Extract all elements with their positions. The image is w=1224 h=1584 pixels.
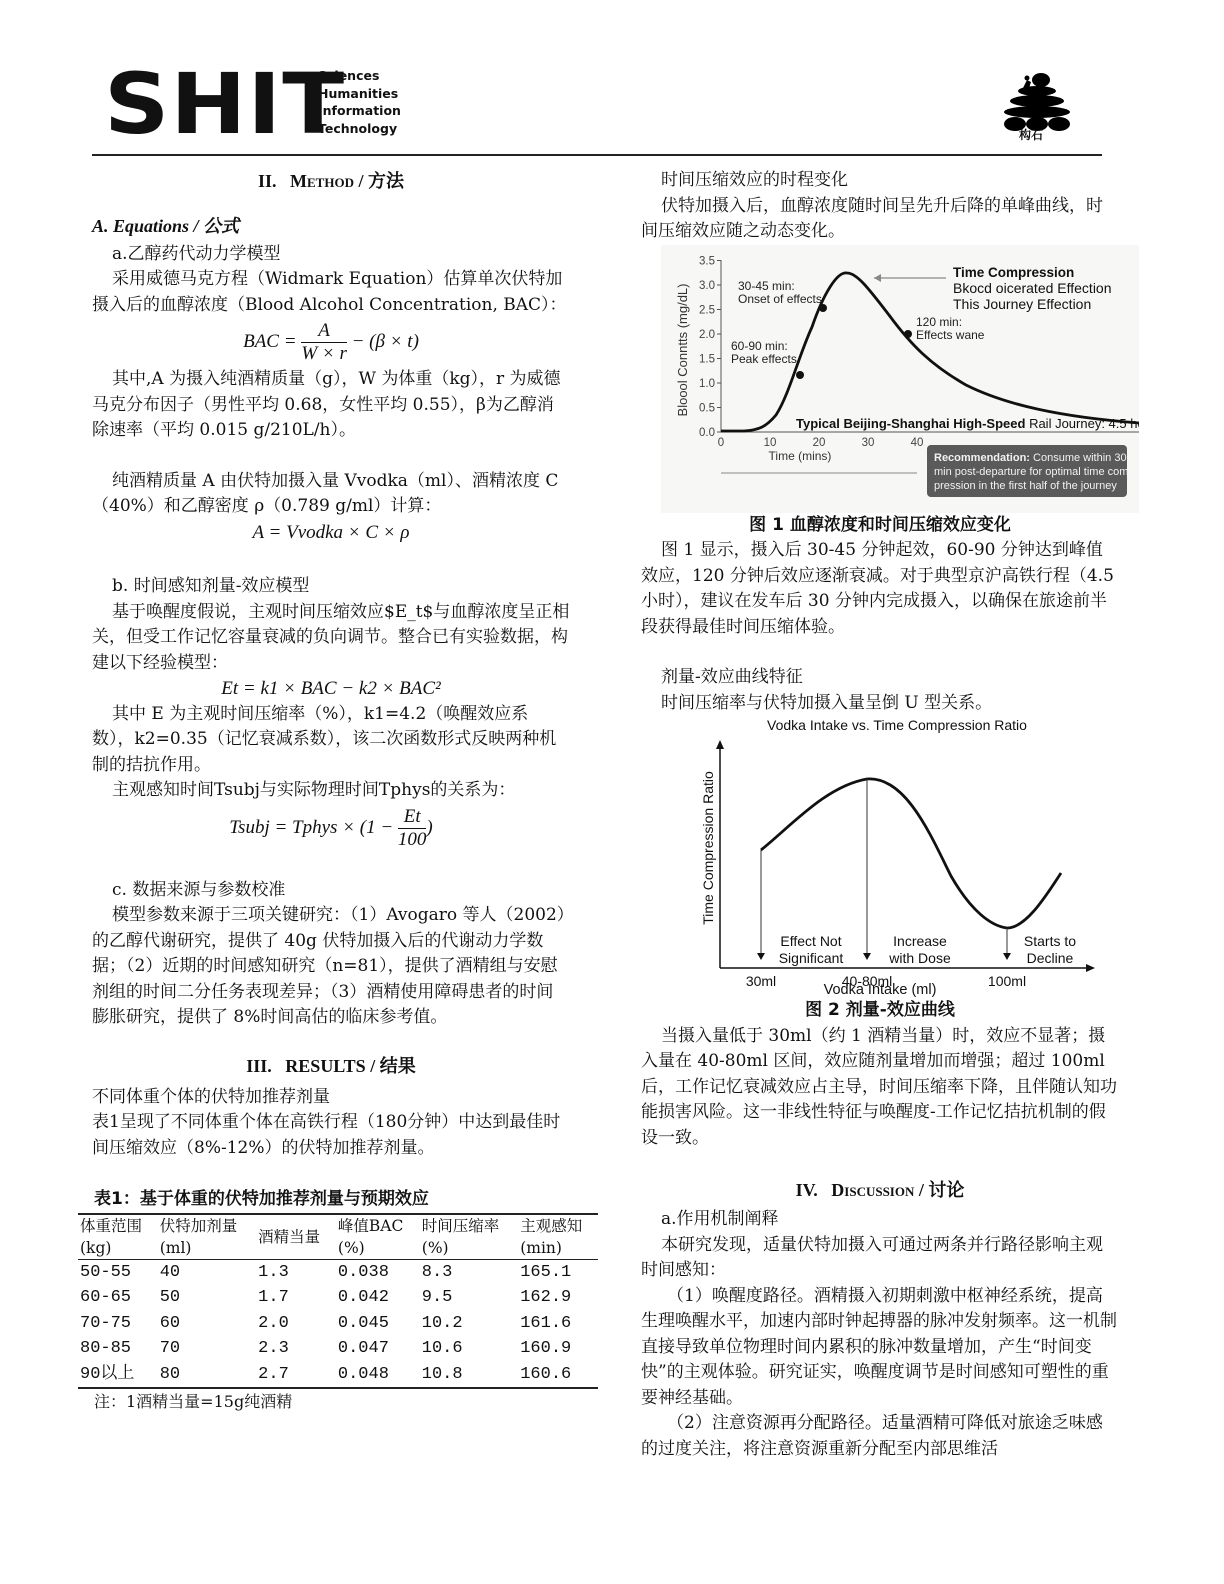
svg-text:pression in the first half of: pression in the first half of the journe… xyxy=(934,480,1117,492)
paragraph: 时间压缩率与伏特加摄入量呈倒 U 型关系。 xyxy=(641,691,1119,717)
table-header: 峰值BAC(%) xyxy=(336,1214,420,1260)
equation-time-compression: Et = k1 × BAC − k2 × BAC² xyxy=(92,676,570,702)
section-heading-method: II. Method / 方法 xyxy=(92,168,570,194)
marker-wane xyxy=(904,330,912,338)
paragraph: 当摄入量低于 30ml（约 1 酒精当量）时，效应不显著；摄入量在 40-80m… xyxy=(641,1024,1119,1152)
svg-text:Effects wane: Effects wane xyxy=(916,328,985,342)
table-header: 体重范围(kg) xyxy=(78,1214,158,1260)
svg-text:Typical Beijing-Shanghai High-: Typical Beijing-Shanghai High-Speed Rail… xyxy=(796,416,1139,431)
paragraph-heading: a.作用机制阐释 xyxy=(641,1207,1119,1233)
table-row: 50-55401.30.0388.3165.1 xyxy=(78,1259,598,1285)
equation-bac: BAC = AW × r − (β × t) xyxy=(92,320,570,365)
table-row: 60-65501.70.0429.5162.9 xyxy=(78,1285,598,1311)
svg-text:3.0: 3.0 xyxy=(699,280,715,292)
fraction: Et100 xyxy=(398,806,427,851)
table-header-row: 体重范围(kg) 伏特加剂量(ml) 酒精当量 峰值BAC(%) 时间压缩率(%… xyxy=(78,1214,598,1260)
svg-text:Increase: Increase xyxy=(893,933,947,949)
paragraph: 表1呈现了不同体重个体在高铁行程（180分钟）中达到最佳时间压缩效应（8%-12… xyxy=(92,1110,570,1161)
svg-text:Onset of effects: Onset of effects xyxy=(738,292,822,306)
paragraph: （1）唤醒度路径。酒精摄入初期刺激中枢神经系统，提高生理唤醒水平，加速内部时钟起… xyxy=(641,1284,1119,1412)
table-header: 伏特加剂量(ml) xyxy=(158,1214,256,1260)
logo-line: Humanities xyxy=(318,85,401,103)
svg-text:20: 20 xyxy=(813,437,826,449)
svg-text:Bkocd oicerated Effection: Bkocd oicerated Effection xyxy=(953,280,1112,296)
svg-text:0.5: 0.5 xyxy=(699,402,715,414)
svg-text:0: 0 xyxy=(718,437,724,449)
section-heading-discussion: IV. Discussion / 讨论 xyxy=(641,1177,1119,1203)
svg-text:Recommendation: Consume within: Recommendation: Consume within 30 xyxy=(934,452,1127,464)
svg-text:Peak effects: Peak effects xyxy=(731,352,797,366)
dose-curve xyxy=(761,779,1061,928)
figure-1-bac-chart: 0.00.51.01.5 2.02.53.03.5 010203040 Time… xyxy=(661,245,1139,513)
table-title: 表1：基于体重的伏特加推荐剂量与预期效应 xyxy=(94,1187,570,1213)
paragraph: 模型参数来源于三项关键研究：（1）Avogaro 等人（2002）的乙醇代谢研究… xyxy=(92,903,570,1031)
figure-2-caption: 图 2 剂量-效应曲线 xyxy=(641,998,1119,1024)
svg-text:3.5: 3.5 xyxy=(699,255,715,267)
equation-subjective-time: Tsubj = Tphys × (1 − Et100) xyxy=(92,806,570,851)
paragraph-heading: c. 数据来源与参数校准 xyxy=(92,878,570,904)
svg-text:Effect Not: Effect Not xyxy=(780,933,841,949)
paragraph: 本研究发现，适量伏特加摄入可通过两条并行路径影响主观时间感知： xyxy=(641,1233,1119,1284)
header-divider xyxy=(92,154,1102,156)
logo-line: Sciences xyxy=(318,67,401,85)
paragraph: 纯酒精质量 A 由伏特加摄入量 Vvodka（ml）、酒精浓度 C（40%）和乙… xyxy=(92,469,570,520)
paragraph-heading: a.乙醇药代动力学模型 xyxy=(92,242,570,268)
paragraph-heading: 剂量-效应曲线特征 xyxy=(641,665,1119,691)
svg-text:30ml: 30ml xyxy=(746,973,776,988)
svg-text:0.0: 0.0 xyxy=(699,427,715,439)
fraction: AW × r xyxy=(301,320,347,365)
svg-text:120 min:: 120 min: xyxy=(916,315,962,329)
table-row: 70-75602.00.04510.2161.6 xyxy=(78,1311,598,1337)
svg-text:60-90 min:: 60-90 min: xyxy=(731,339,788,353)
svg-text:Significant: Significant xyxy=(779,950,844,966)
y-axis-label: Bloool Conntts (mg/dL) xyxy=(675,283,690,416)
logo-line: Information xyxy=(318,102,401,120)
section-heading-results: III. RESULTS / 结果 xyxy=(92,1053,570,1079)
table-header: 酒精当量 xyxy=(256,1214,336,1260)
svg-text:Time Compression: Time Compression xyxy=(953,265,1074,280)
dose-response-chart: Vodka Intake vs. Time Compression Ratio … xyxy=(641,716,1119,988)
chart-title: Vodka Intake vs. Time Compression Ratio xyxy=(767,717,1027,733)
paragraph-heading: 不同体重个体的伏特加推荐剂量 xyxy=(92,1085,570,1111)
table-header: 主观感知(min) xyxy=(518,1214,598,1260)
svg-text:min post-departure for optimal: min post-departure for optimal time com- xyxy=(934,466,1132,478)
logo-line: Technology xyxy=(318,120,401,138)
svg-text:30: 30 xyxy=(862,437,875,449)
paragraph: 图 1 显示，摄入后 30-45 分钟起效，60-90 分钟达到峰值效应，120… xyxy=(641,538,1119,640)
svg-text:10: 10 xyxy=(764,437,777,449)
paragraph: 基于唤醒度假说，主观时间压缩效应$E_t$与血醇浓度呈正相关，但受工作记忆容量衰… xyxy=(92,600,570,677)
paragraph: 其中,A 为摄入纯酒精质量（g），W 为体重（kg），r 为威德马克分布因子（男… xyxy=(92,367,570,444)
paragraph: 采用威德马克方程（Widmark Equation）估算单次伏特加摄入后的血醇浓… xyxy=(92,267,570,318)
equation-alcohol-mass: A = Vvodka × C × ρ xyxy=(92,520,570,546)
y-tick-labels: 0.00.51.01.5 2.02.53.03.5 xyxy=(699,255,715,439)
table-row: 80-85702.30.04710.6160.9 xyxy=(78,1336,598,1362)
right-column: 时间压缩效应的时程变化 伏特加摄入后，血醇浓度随时间呈先升后降的单峰曲线，时间压… xyxy=(641,168,1119,1462)
x-tick-labels: 010203040 xyxy=(718,437,924,449)
figure-2-dose-response-chart: Vodka Intake vs. Time Compression Ratio … xyxy=(641,716,1119,988)
svg-text:2.5: 2.5 xyxy=(699,304,715,316)
svg-text:Starts to: Starts to xyxy=(1024,933,1076,949)
paragraph: （2）注意资源再分配路径。适量酒精可降低对旅途乏味感的过度关注，将注意资源重新分… xyxy=(641,1411,1119,1462)
table-row: 90以上802.70.04810.8160.6 xyxy=(78,1362,598,1389)
table-note: 注：1酒精当量=15g纯酒精 xyxy=(94,1389,570,1415)
subsection-heading-equations: A. Equations / 公式 xyxy=(92,214,570,240)
svg-text:This Journey Effection: This Journey Effection xyxy=(953,296,1091,312)
svg-text:1.5: 1.5 xyxy=(699,353,715,365)
svg-text:2.0: 2.0 xyxy=(699,329,715,341)
paragraph-heading: b. 时间感知剂量-效应模型 xyxy=(92,574,570,600)
svg-text:30-45 min:: 30-45 min: xyxy=(738,279,795,293)
svg-text:40: 40 xyxy=(911,437,924,449)
svg-text:100ml: 100ml xyxy=(988,973,1026,988)
dosage-table: 体重范围(kg) 伏特加剂量(ml) 酒精当量 峰值BAC(%) 时间压缩率(%… xyxy=(78,1213,598,1390)
paragraph: 其中 E 为主观时间压缩率（%），k1=4.2（唤醒效应系数），k2=0.35（… xyxy=(92,702,570,779)
bac-curve-chart: 0.00.51.01.5 2.02.53.03.5 010203040 Time… xyxy=(661,245,1139,513)
marker-peak xyxy=(796,371,804,379)
journal-logo-subtitle: Sciences Humanities Information Technolo… xyxy=(318,67,401,137)
emblem-label: 构石 xyxy=(1019,126,1043,143)
journal-logo: SHIT xyxy=(104,62,345,146)
svg-text:Decline: Decline xyxy=(1027,950,1074,966)
paragraph: 伏特加摄入后，血醇浓度随时间呈先升后降的单峰曲线，时间压缩效应随之动态变化。 xyxy=(641,194,1119,245)
svg-text:40-80ml: 40-80ml xyxy=(842,973,893,988)
paragraph-heading: 时间压缩效应的时程变化 xyxy=(641,168,1119,194)
table-header: 时间压缩率(%) xyxy=(420,1214,518,1260)
svg-text:with Dose: with Dose xyxy=(888,950,951,966)
svg-text:1.0: 1.0 xyxy=(699,378,715,390)
paragraph: 主观感知时间Tsubj与实际物理时间Tphys的关系为： xyxy=(92,778,570,804)
y-axis-label: Time Compression Ratio xyxy=(700,771,716,925)
x-axis-label: Time (mins) xyxy=(769,449,832,463)
left-column: II. Method / 方法 A. Equations / 公式 a.乙醇药代… xyxy=(92,168,570,1415)
figure-1-caption: 图 1 血醇浓度和时间压缩效应变化 xyxy=(641,513,1119,539)
